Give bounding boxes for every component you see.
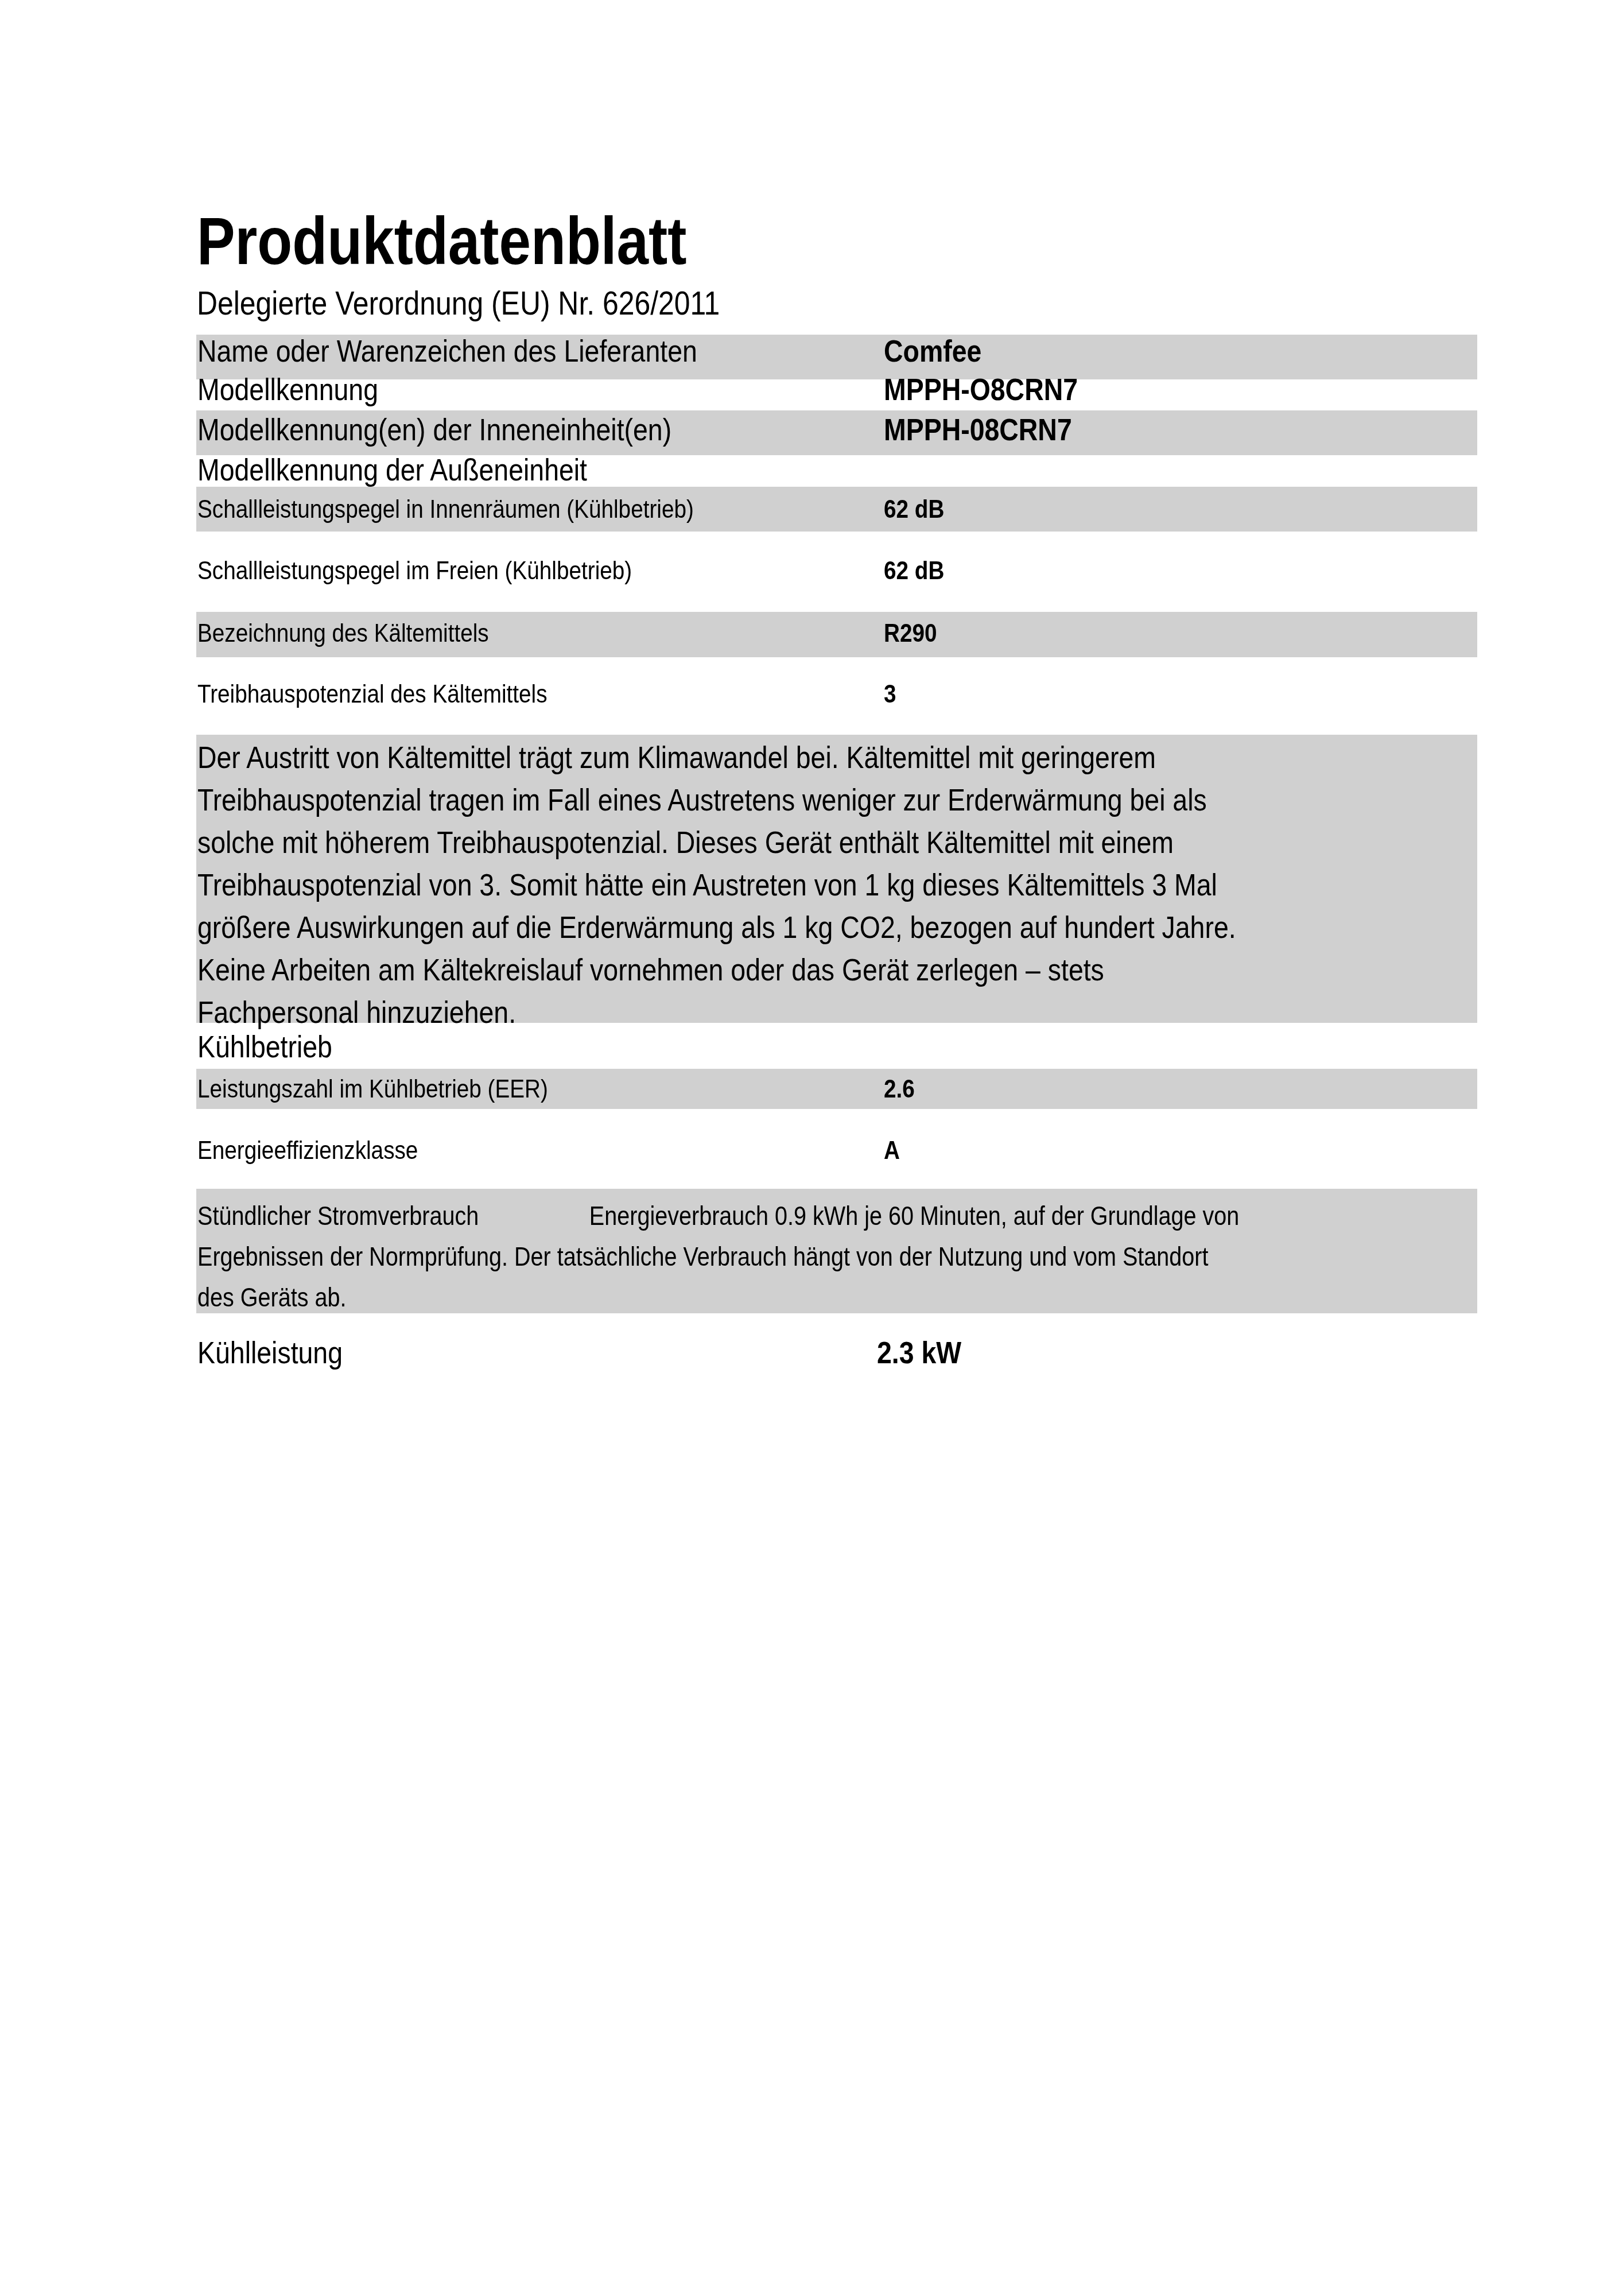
notice-line: solche mit höherem Treibhauspotenzial. D…	[197, 821, 1323, 864]
hourly-consumption: Stündlicher Stromverbrauch Energieverbra…	[197, 1196, 1208, 1318]
row-value: Comfee	[884, 336, 981, 367]
cooling-section-heading: Kühlbetrieb	[197, 1031, 332, 1062]
row-label: Schallleistungspegel im Freien (Kühlbetr…	[197, 557, 632, 583]
row-label: Name oder Warenzeichen des Lieferanten	[197, 336, 697, 367]
notice-line: Treibhauspotenzial tragen im Fall eines …	[197, 779, 1323, 821]
row-value: R290	[884, 620, 937, 646]
row-label: Treibhauspotenzial des Kältemittels	[197, 681, 547, 707]
hourly-line: Ergebnissen der Normprüfung. Der tatsäch…	[197, 1236, 1208, 1277]
row-value: 3	[884, 681, 896, 707]
row-value: MPPH-O8CRN7	[884, 374, 1078, 405]
row-label: Bezeichnung des Kältemittels	[197, 620, 489, 646]
row-value: 62 dB	[884, 557, 944, 583]
notice-line: Der Austritt von Kältemittel trägt zum K…	[197, 736, 1323, 779]
notice-line: Keine Arbeiten am Kältekreislauf vornehm…	[197, 949, 1323, 991]
row-label: Energieeffizienzklasse	[197, 1137, 418, 1163]
hourly-line: des Geräts ab.	[197, 1277, 1208, 1318]
notice-line: Fachpersonal hinzuziehen.	[197, 991, 1323, 1034]
row-label: Modellkennung(en) der Inneneinheit(en)	[197, 414, 671, 445]
hourly-line: Energieverbrauch 0.9 kWh je 60 Minuten, …	[589, 1196, 1240, 1236]
hourly-label: Stündlicher Stromverbrauch	[197, 1201, 479, 1231]
row-label: Modellkennung	[197, 374, 378, 405]
notice-line: Treibhauspotenzial von 3. Somit hätte ei…	[197, 864, 1323, 906]
row-label: Modellkennung der Außeneinheit	[197, 455, 587, 486]
regulation-subtitle: Delegierte Verordnung (EU) Nr. 626/2011	[197, 287, 720, 320]
refrigerant-notice: Der Austritt von Kältemittel trägt zum K…	[197, 736, 1323, 1034]
capacity-label: Kühlleistung	[197, 1337, 343, 1368]
row-value: MPPH-08CRN7	[884, 414, 1072, 445]
row-label: Schallleistungspegel in Innenräumen (Küh…	[197, 496, 694, 522]
notice-line: größere Auswirkungen auf die Erderwärmun…	[197, 906, 1323, 949]
row-value: 2.6	[884, 1076, 915, 1102]
row-value: 62 dB	[884, 496, 944, 522]
page-title: Produktdatenblatt	[197, 208, 687, 274]
row-value: A	[884, 1137, 900, 1163]
capacity-value: 2.3 kW	[877, 1337, 961, 1368]
row-label: Leistungszahl im Kühlbetrieb (EER)	[197, 1076, 548, 1102]
